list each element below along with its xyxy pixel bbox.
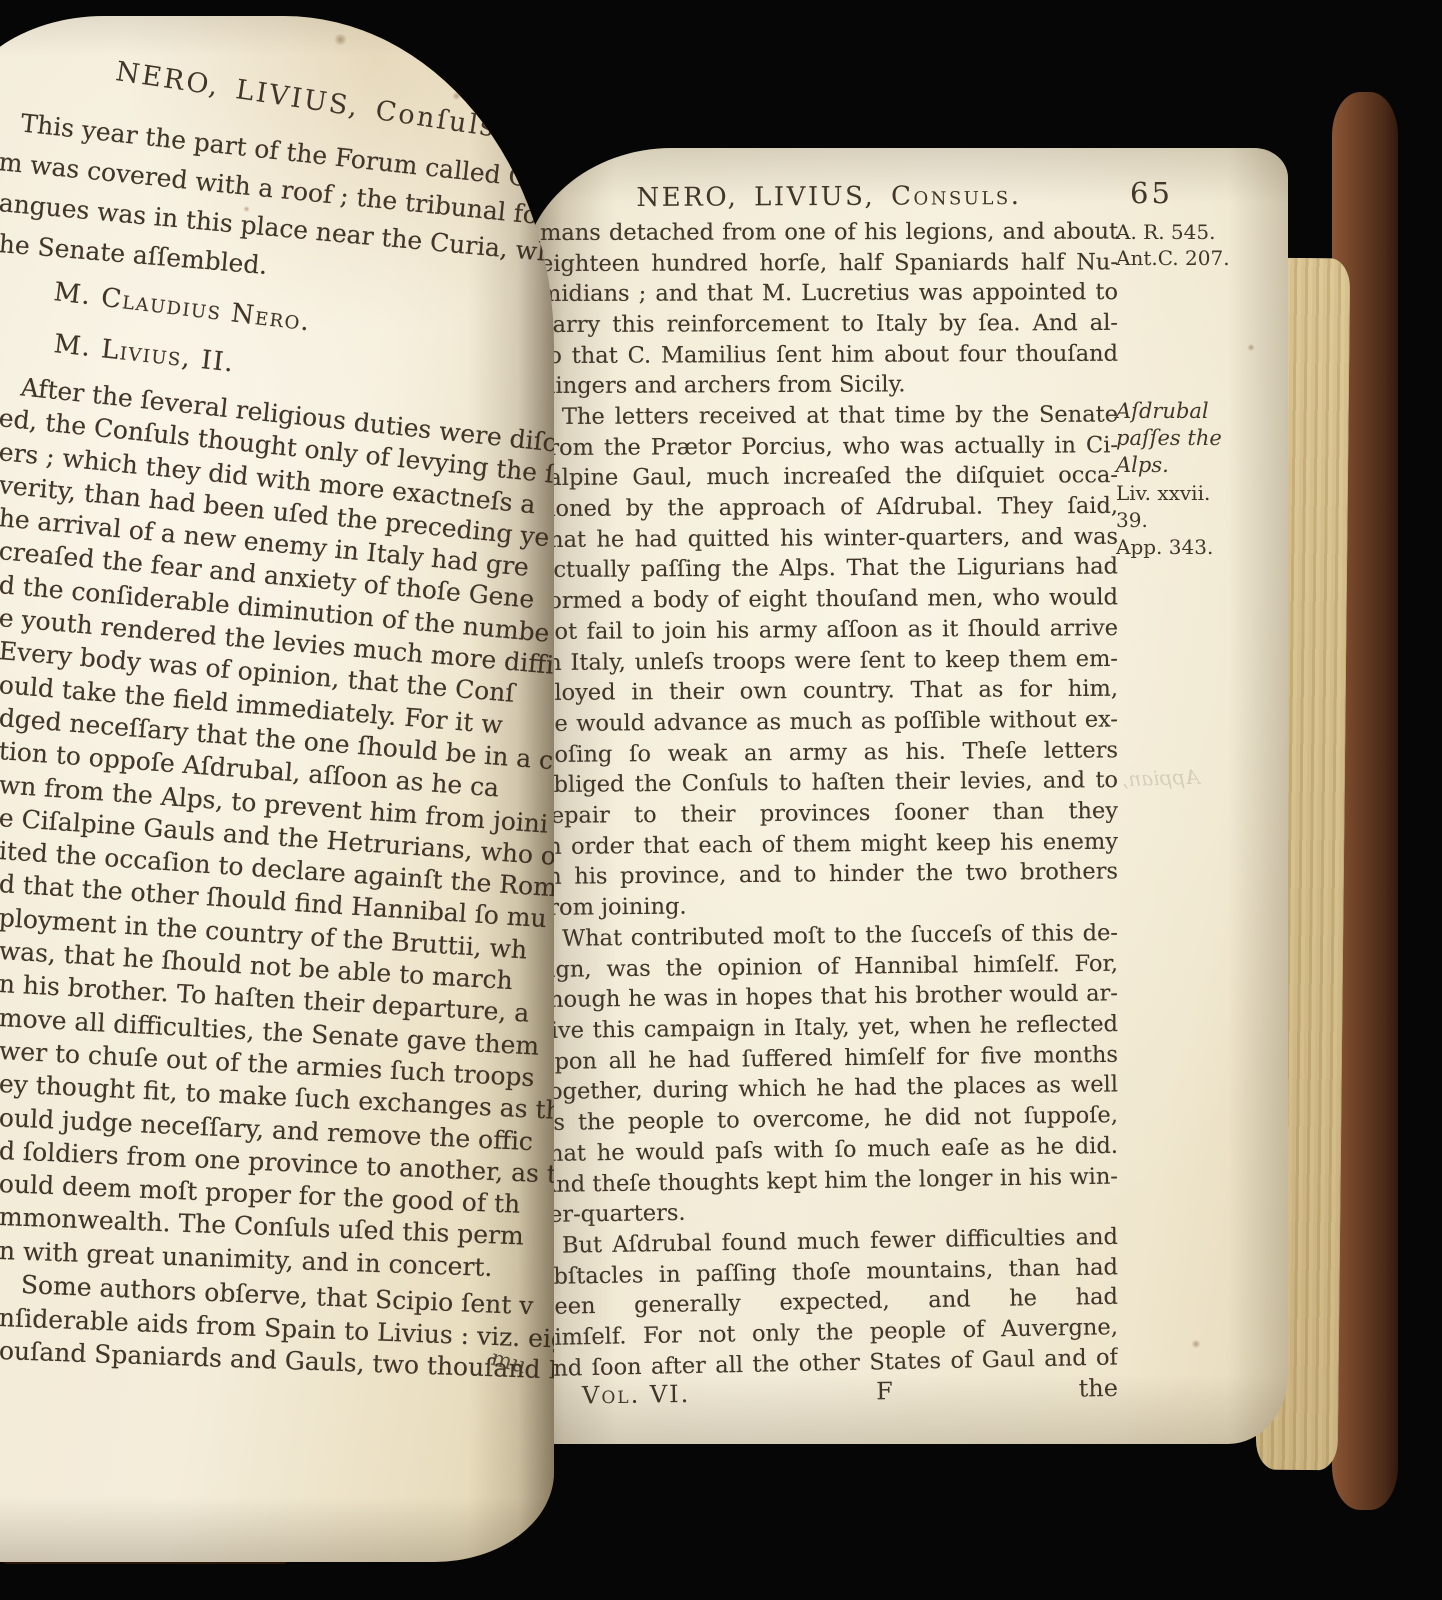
foxing-spot (243, 206, 250, 212)
text-line: obliged the Conſuls to haſten their levi… (540, 765, 1118, 801)
paragraph: Some authors obſerve, that Scipio ſent v… (0, 1267, 519, 1368)
text-line: Liv. xxvii. (1116, 480, 1276, 507)
text-line: carry this reinforcement to Italy by ſea… (540, 308, 1118, 341)
text-line: that he had quitted his winter-quarters,… (540, 521, 1118, 555)
text-line: 39. (1116, 507, 1276, 534)
text-line: Aſdrubal (1116, 398, 1276, 425)
margin-note-sidenote: Aſdrubalpaſſes theAlps. (1116, 398, 1276, 479)
page-number: 65 (1130, 176, 1173, 210)
left-page: NERO, LIVIUS, Conſuls. This year the par… (0, 16, 554, 1562)
consul-headings: M. Claudius Nero.M. Livius, II. (54, 266, 554, 370)
text-line: eighteen hundred horſe, half Spaniards h… (540, 247, 1118, 279)
text-line: ſo that C. Mamilius ſent him about four … (540, 338, 1118, 371)
text-line: ployed in their own country. That as for… (540, 674, 1118, 709)
foxing-spot (1191, 1340, 1201, 1348)
ghost-text: Appian, (1122, 765, 1200, 792)
footer-volume: Vol. VI. (582, 1380, 691, 1410)
paragraph: This year the part of the Forum called C… (0, 100, 519, 264)
paragraph: But Aſdrubal found much fewer difficulti… (540, 1231, 1118, 1384)
text-line: not fail to join his army aſſoon as it ſ… (540, 613, 1118, 648)
text-line: he would advance as much as poſſible wit… (540, 704, 1118, 739)
text-line: in Italy, unleſs troops were ſent to kee… (540, 643, 1118, 678)
paragraph: What contributed moſt to the ſucceſs of … (540, 924, 1118, 1231)
text-line: ſalpine Gaul, much increaſed the diſquie… (540, 460, 1118, 494)
text-line: mans detached from one of his legions, a… (540, 216, 1118, 248)
foxing-spot (704, 1231, 710, 1236)
running-head: NERO, LIVIUS, Conſuls. (540, 180, 1118, 213)
text-line: App. 343. (1116, 534, 1276, 561)
foxing-spot (333, 34, 348, 45)
text-line: midians ; and that M. Lucretius was appo… (540, 277, 1118, 310)
text-line: from the Prætor Porcius, who was actuall… (540, 430, 1118, 463)
margin-note-references: Liv. xxvii.39.App. 343. (1116, 480, 1276, 561)
text-line: The letters received at that time by the… (540, 399, 1118, 432)
paragraph: The letters received at that time by the… (540, 402, 1118, 924)
text-line: A. R. 545. (1116, 220, 1276, 246)
text-line: Ant.C. 207. (1116, 246, 1276, 272)
text-line: formed a body of eight thouſand men, who… (540, 582, 1118, 616)
text-line: ſlingers and archers from Sicily. (540, 369, 1118, 402)
signature-letter: F (876, 1377, 893, 1405)
catchword: the (1078, 1374, 1118, 1403)
paragraph-continuation: mans detached from one of his legions, a… (540, 218, 1118, 402)
right-page: NERO, LIVIUS, Conſuls. 65 mans detached … (522, 148, 1288, 1444)
book-photo: NERO, LIVIUS, Conſuls. 65 mans detached … (0, 0, 1442, 1600)
foxing-spot (452, 92, 461, 100)
paragraph: After the ſeveral religious duties were … (0, 368, 519, 1267)
foxing-spot (1247, 344, 1255, 351)
text-line: actually paſſing the Alps. That the Ligu… (540, 552, 1118, 586)
text-line: Alps. (1116, 452, 1276, 479)
text-line: repair to their provinces ſooner than th… (540, 796, 1118, 832)
margin-note-date: A. R. 545.Ant.C. 207. (1116, 220, 1276, 271)
text-line: paſſes the (1116, 425, 1276, 452)
text-line: ſioned by the approach of Aſdrubal. They… (540, 491, 1118, 525)
